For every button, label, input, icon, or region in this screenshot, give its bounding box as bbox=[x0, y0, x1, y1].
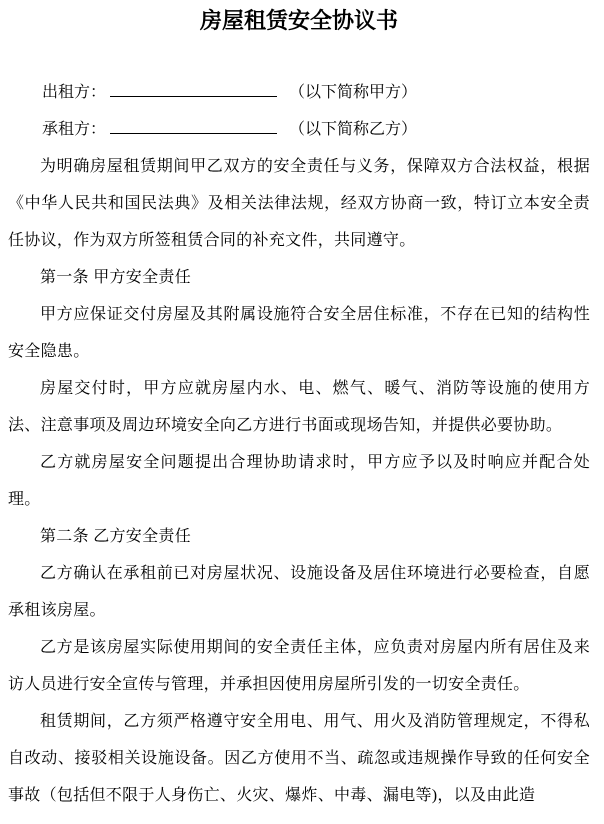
section-heading: 第二条 乙方安全责任 bbox=[8, 518, 590, 555]
paragraph: 为明确房屋租赁期间甲乙双方的安全责任与义务，保障双方合法权益，根据《中华人民共和… bbox=[8, 148, 590, 259]
document-title: 房屋租赁安全协议书 bbox=[8, 6, 590, 36]
lessee-line: 承租方：（以下简称乙方） bbox=[8, 111, 590, 148]
lessor-line: 出租方：（以下简称甲方） bbox=[8, 74, 590, 111]
lessee-blank-field[interactable] bbox=[110, 116, 277, 134]
lessor-label: 出租方： bbox=[42, 74, 106, 111]
document-page: 房屋租赁安全协议书 出租方：（以下简称甲方） 承租方：（以下简称乙方） 为明确房… bbox=[0, 0, 604, 824]
paragraph: 乙方确认在承租前已对房屋状况、设施设备及居住环境进行必要检查，自愿承租该房屋。 bbox=[8, 555, 590, 629]
paragraph: 租赁期间，乙方须严格遵守安全用电、用气、用火及消防管理规定，不得私自改动、接驳相… bbox=[8, 703, 590, 814]
lessor-blank-field[interactable] bbox=[110, 79, 277, 97]
lessee-label: 承租方： bbox=[42, 111, 106, 148]
paragraph: 甲方应保证交付房屋及其附属设施符合安全居住标准，不存在已知的结构性安全隐患。 bbox=[8, 296, 590, 370]
paragraph: 乙方是该房屋实际使用期间的安全责任主体，应负责对房屋内所有居住及来访人员进行安全… bbox=[8, 629, 590, 703]
paragraph: 乙方就房屋安全问题提出合理协助请求时，甲方应予以及时响应并配合处理。 bbox=[8, 444, 590, 518]
lessee-suffix: （以下简称乙方） bbox=[289, 111, 417, 148]
paragraphs: 为明确房屋租赁期间甲乙双方的安全责任与义务，保障双方合法权益，根据《中华人民共和… bbox=[8, 148, 590, 814]
lessor-suffix: （以下简称甲方） bbox=[289, 74, 417, 111]
paragraph: 房屋交付时，甲方应就房屋内水、电、燃气、暖气、消防等设施的使用方法、注意事项及周… bbox=[8, 370, 590, 444]
section-heading: 第一条 甲方安全责任 bbox=[8, 259, 590, 296]
